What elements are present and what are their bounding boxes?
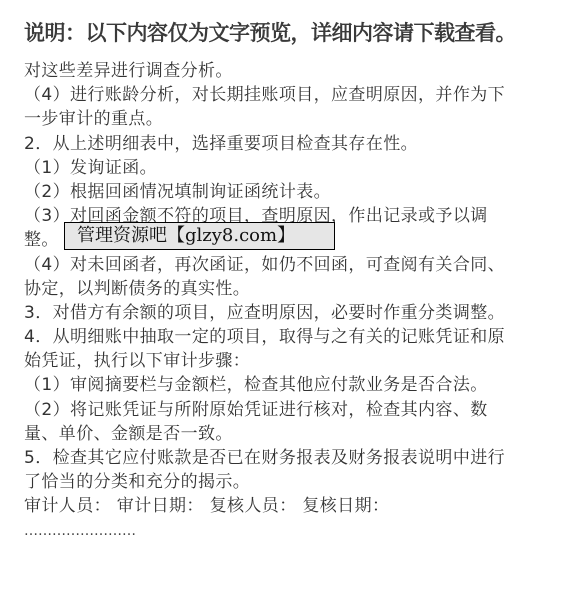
signature-line: 审计人员： 审计日期： 复核人员： 复核日期： (24, 494, 564, 518)
preview-notice: 说明：以下内容仅为文字预览，详细内容请下载查看。 (24, 17, 516, 47)
watermark-banner: 管理资源吧【glzy8.com】 (64, 222, 335, 250)
text-line: 对这些差异进行调查分析。 (24, 59, 564, 83)
text-line: 始凭证，执行以下审计步骤： (24, 349, 564, 373)
text-line: 2．从上述明细表中，选择重要项目检查其存在性。 (24, 132, 564, 156)
text-line: 量、单价、金额是否一致。 (24, 422, 564, 446)
text-line: 3．对借方有余额的项目，应查明原因，必要时作重分类调整。 (24, 301, 564, 325)
text-line: （1）发询证函。 (24, 156, 564, 180)
text-line: （4）进行账龄分析，对长期挂账项目，应查明原因，并作为下 (24, 83, 564, 107)
text-line: 一步审计的重点。 (24, 107, 564, 131)
text-line: （2）将记账凭证与所附原始凭证进行核对，检查其内容、数 (24, 398, 564, 422)
text-line: 协定，以判断债务的真实性。 (24, 277, 564, 301)
text-line: 4．从明细账中抽取一定的项目，取得与之有关的记账凭证和原 (24, 325, 564, 349)
text-line: （2）根据回函情况填制询证函统计表。 (24, 180, 564, 204)
text-line: （4）对未回函者，再次函证，如仍不回函，可查阅有关合同、 (24, 253, 564, 277)
text-line: （1）审阅摘要栏与金额栏，检查其他应付款业务是否合法。 (24, 373, 564, 397)
document-body: 对这些差异进行调查分析。 （4）进行账龄分析，对长期挂账项目，应查明原因，并作为… (24, 59, 564, 543)
text-line: 5．检查其它应付账款是否已在财务报表及财务报表说明中进行 (24, 446, 564, 470)
text-line: 了恰当的分类和充分的揭示。 (24, 470, 564, 494)
ellipsis-line: …………………… (24, 519, 564, 543)
